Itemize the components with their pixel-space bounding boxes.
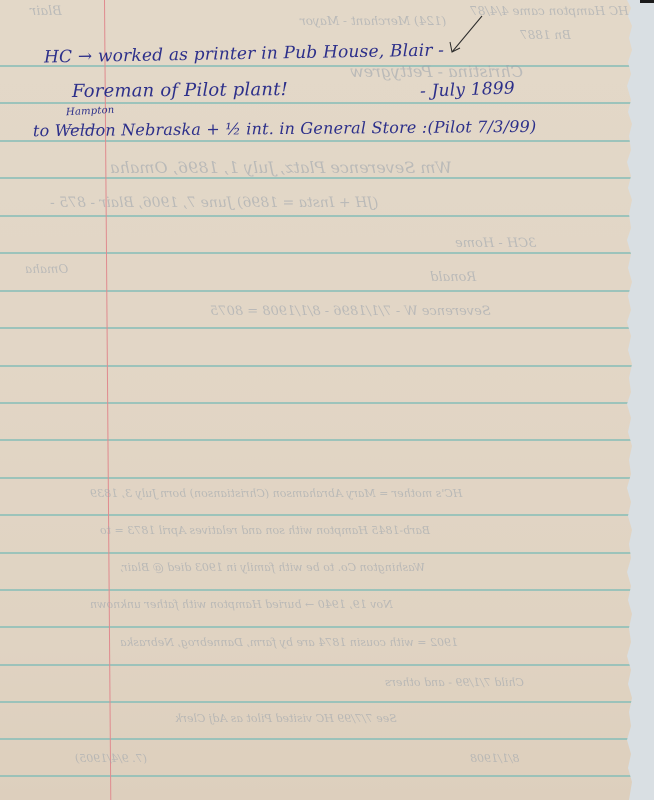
rule-line (0, 514, 632, 516)
rule-line (0, 439, 632, 441)
notebook-page: Blair HC Hampton came 4/4/87 (124) Merch… (0, 0, 632, 800)
rule-line (0, 290, 632, 292)
corner-shadow (640, 0, 654, 3)
rule-line (0, 664, 632, 666)
bleed-through-text: Washington Co. to be with family in 1903… (120, 561, 425, 574)
bleed-through-text: (JH + Insta = 1896) June 7, 1906, Blair … (50, 195, 378, 211)
handwritten-date: - July 1899 (420, 78, 515, 101)
rule-line (0, 215, 632, 217)
bleed-through-text: Bn 1887 (520, 28, 571, 42)
handwritten-line-2: Foreman of Pilot plant! (72, 79, 288, 102)
rule-line (0, 738, 632, 740)
rule-line (0, 327, 632, 329)
rule-line (0, 252, 632, 254)
bleed-through-text: HC's mother = Mary Abrahamson (Christian… (90, 487, 462, 500)
bleed-through-text: Omaha (25, 262, 68, 276)
rule-line (0, 775, 632, 777)
scanner-backdrop (632, 0, 654, 800)
bleed-through-text: HC Hampton came 4/4/87 (470, 4, 629, 18)
bleed-through-text: Nov 19, 1940 → buried Hampton with fathe… (90, 598, 393, 611)
bleed-through-text: Ronald (430, 270, 476, 285)
bleed-through-text: 1902 = with cousin 1874 are by farm, Dan… (120, 636, 458, 649)
handwritten-line-3: to Weldon Nebraska + ½ int. in General S… (33, 117, 537, 140)
bleed-through-text: Blair (30, 4, 62, 19)
bleed-through-text: 8/1/1908 (470, 752, 519, 765)
bleed-through-text: 3CH - Home (455, 236, 536, 251)
rule-line (0, 701, 632, 703)
strike-through-mark (66, 128, 100, 129)
rule-line (0, 626, 632, 628)
rule-line (0, 402, 632, 404)
handwritten-insertion: Hampton (66, 105, 115, 119)
bleed-through-text: (7. 9/4/1905) (75, 752, 147, 765)
rule-line (0, 140, 632, 142)
rule-line (0, 589, 632, 591)
bleed-through-text: Wm Severence Platz, July 1, 1896, Omaha (110, 158, 452, 177)
arrow-icon (440, 12, 490, 62)
rule-line (0, 365, 632, 367)
rule-line (0, 177, 632, 179)
bleed-through-text: Barb-1845 Hampton with son and relatives… (100, 524, 430, 537)
rule-line (0, 102, 632, 104)
rule-line (0, 552, 632, 554)
rule-line (0, 477, 632, 479)
bleed-through-text: (124) Merchant - Mayor (300, 14, 446, 28)
bleed-through-text: See 7/7/99 HC visited Pilot as Adj Clerk (175, 712, 397, 725)
bleed-through-text: Severence W - 7/1/1896 - 8/1/1908 = 8075 (210, 304, 491, 319)
bleed-through-text: Child 7/1/99 - and others (385, 676, 524, 689)
